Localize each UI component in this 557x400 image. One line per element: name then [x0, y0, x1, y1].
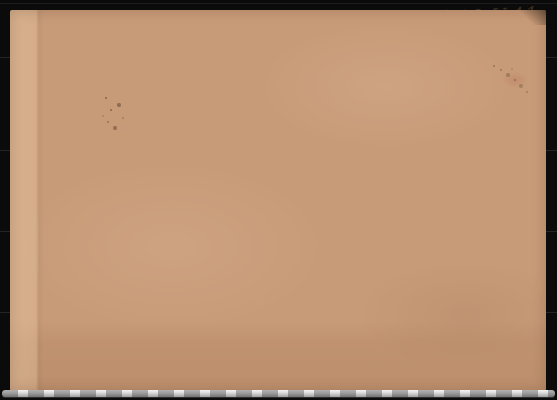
postcard-corner-shadow — [518, 10, 546, 25]
postcard — [10, 10, 546, 391]
sleeve-seam-line — [0, 3, 557, 4]
postmark-offset-dots — [493, 65, 495, 67]
postmark-offset-smudge — [502, 72, 528, 88]
scanned-postcard-photo: V Chlumě 19.V.41. Vážený pane Oznamuji v… — [0, 0, 557, 400]
sleeve-bottom-rail — [2, 390, 555, 397]
ink-speckle-smudge — [105, 97, 107, 99]
